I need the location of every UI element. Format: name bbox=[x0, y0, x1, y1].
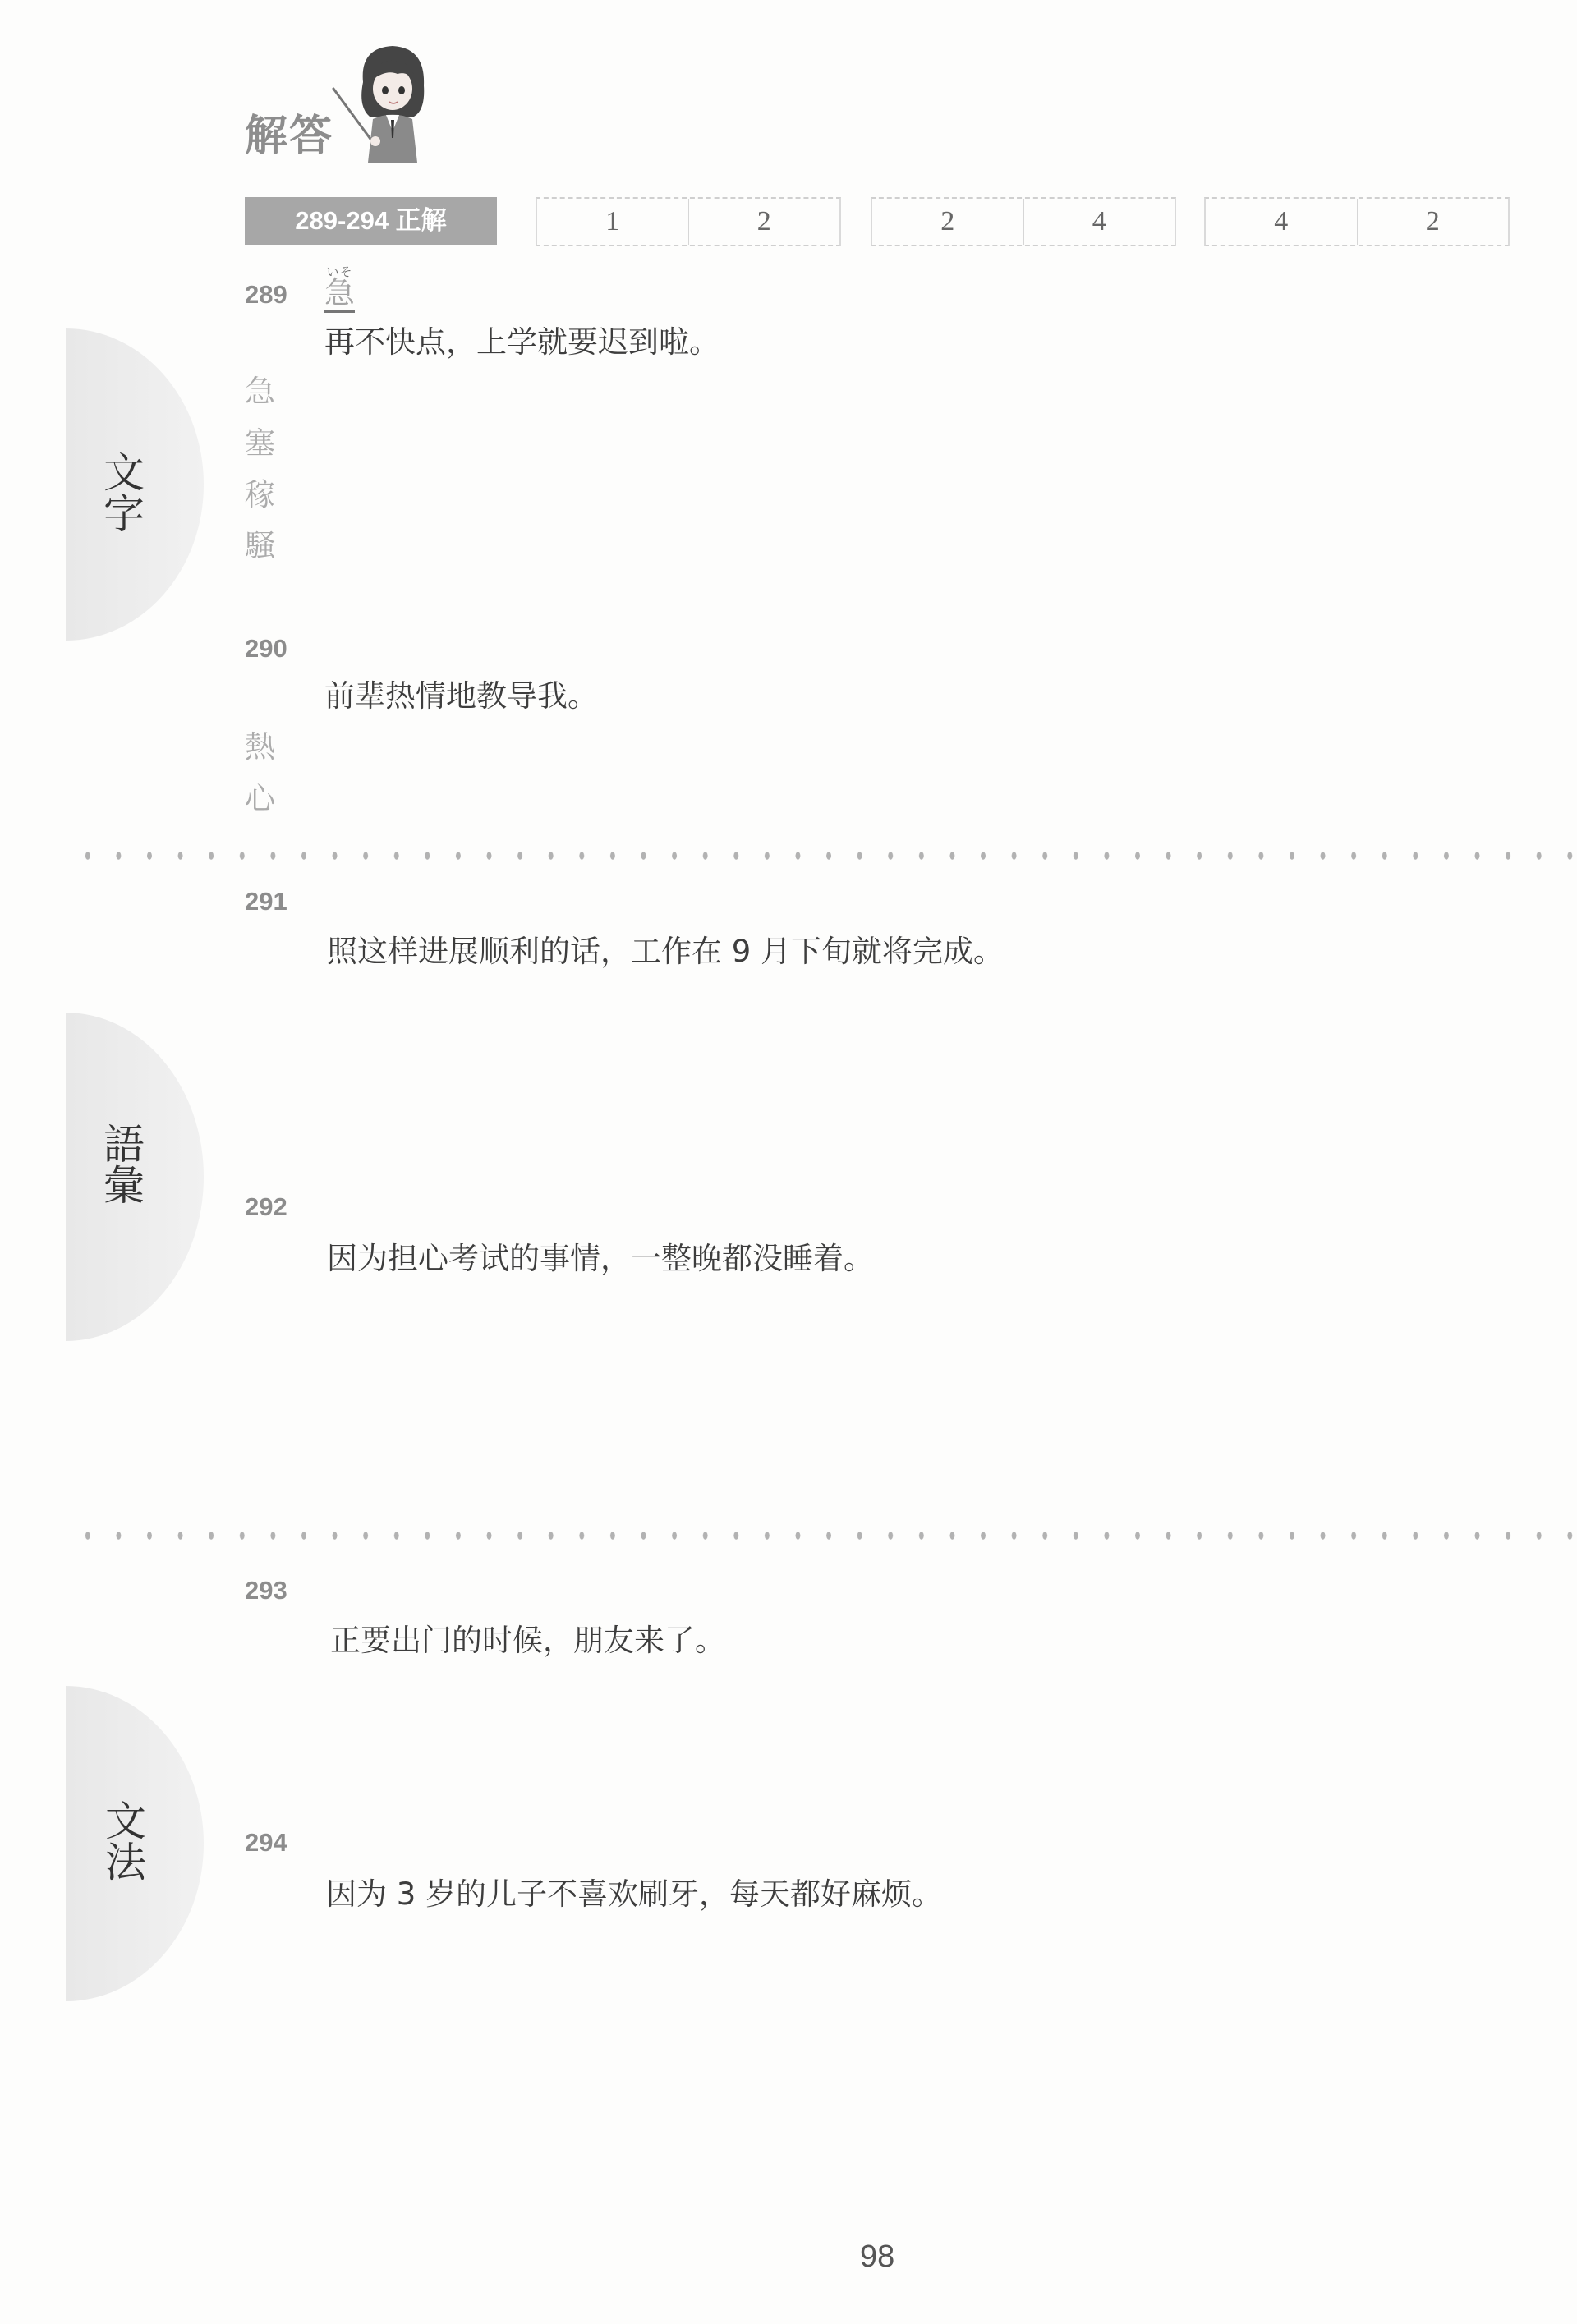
ruby-base: 急 bbox=[324, 275, 355, 310]
question-sentence: 急いそ bbox=[324, 275, 355, 311]
ruby-word: 急いそ bbox=[324, 275, 355, 311]
grammar-row bbox=[0, 1976, 1577, 2012]
vocab-row bbox=[0, 1389, 1577, 1425]
question-number: 289 bbox=[245, 277, 287, 313]
kanji-label: 心 bbox=[245, 781, 275, 817]
grammar-row-continued bbox=[0, 1722, 1577, 1758]
grammar-row bbox=[0, 1926, 1577, 1962]
translation-line: 照这样进展顺利的话，工作在 9 月下旬就将完成。 bbox=[0, 934, 1577, 970]
answer-cell-290: 2 bbox=[688, 199, 840, 245]
vocab-row bbox=[0, 1088, 1577, 1124]
question-number: 290 bbox=[245, 631, 287, 667]
translation-line: 正要出门的时候，朋友来了。 bbox=[0, 1623, 1577, 1659]
grammar-row bbox=[0, 1670, 1577, 1706]
vocab-row bbox=[0, 1288, 1577, 1325]
answer-cell-289: 1 bbox=[537, 199, 688, 245]
vocab-row bbox=[0, 1440, 1577, 1476]
question-sentence-line: 293 bbox=[0, 1571, 1577, 1607]
question-sentence-line: 289 急いそ bbox=[0, 275, 1577, 311]
answer-group-293-294: 4 2 bbox=[1204, 197, 1510, 246]
translation-line: 因为 3 岁的儿子不喜欢刷牙，每天都好麻烦。 bbox=[0, 1876, 1577, 1913]
question-sentence-line: 292 bbox=[0, 1187, 1577, 1224]
translation-text: 前辈热情地教导我。 bbox=[324, 678, 598, 714]
answer-range-label: 289-294 正解 bbox=[245, 197, 497, 245]
question-number: 292 bbox=[245, 1189, 287, 1225]
kanji-label: 急 bbox=[245, 374, 275, 410]
question-number: 293 bbox=[245, 1573, 287, 1609]
kanji-row: 急 bbox=[0, 374, 1577, 410]
grammar-row bbox=[0, 2026, 1577, 2062]
kanji-label: 稼 bbox=[245, 477, 275, 513]
furigana: いそ bbox=[326, 266, 352, 278]
kanji-row: 熱 bbox=[0, 729, 1577, 765]
page-number: 98 bbox=[860, 2239, 894, 2275]
vocab-row bbox=[0, 1036, 1577, 1072]
answer-group-289-290: 1 2 bbox=[536, 197, 841, 246]
translation-text: 正要出门的时候，朋友来了。 bbox=[330, 1623, 725, 1659]
page-title: 解答 bbox=[245, 112, 333, 161]
translation-line: 因为担心考试的事情，一整晚都没睡着。 bbox=[0, 1241, 1577, 1277]
kanji-label: 熱 bbox=[245, 729, 275, 765]
kanji-row: 騒 bbox=[0, 528, 1577, 564]
kanji-label: 塞 bbox=[245, 425, 275, 462]
translation-line: 前辈热情地教导我。 bbox=[0, 678, 1577, 714]
answer-cell-291: 2 bbox=[872, 199, 1023, 245]
translation-text: 再不快点，上学就要迟到啦。 bbox=[324, 324, 720, 361]
translation-text: 因为担心考试的事情，一整晚都没睡着。 bbox=[327, 1241, 874, 1277]
kanji-label: 騒 bbox=[245, 528, 275, 564]
dotted-divider bbox=[72, 851, 1577, 861]
translation-text: 照这样进展顺利的话，工作在 9 月下旬就将完成。 bbox=[327, 934, 1004, 970]
teacher-girl-illustration-icon bbox=[327, 39, 435, 164]
translation-line: 再不快点，上学就要迟到啦。 bbox=[0, 324, 1577, 361]
answer-cell-292: 4 bbox=[1023, 199, 1175, 245]
answer-group-291-292: 2 4 bbox=[871, 197, 1176, 246]
answer-cell-293: 4 bbox=[1206, 199, 1357, 245]
answer-cell-294: 2 bbox=[1357, 199, 1509, 245]
question-number: 294 bbox=[245, 1825, 287, 1861]
question-sentence-line: 294 bbox=[0, 1823, 1577, 1859]
question-sentence-line: 291 bbox=[0, 882, 1577, 918]
question-number: 291 bbox=[245, 884, 287, 920]
vocab-row bbox=[0, 985, 1577, 1022]
vocab-row bbox=[0, 1339, 1577, 1375]
grammar-row bbox=[0, 2078, 1577, 2114]
kanji-row: 稼 bbox=[0, 477, 1577, 513]
translation-text: 因为 3 岁的儿子不喜欢刷牙，每天都好麻烦。 bbox=[326, 1876, 942, 1913]
question-sentence-line: 290 bbox=[0, 629, 1577, 665]
kanji-row: 心 bbox=[0, 781, 1577, 817]
dotted-divider bbox=[72, 1531, 1577, 1541]
kanji-row: 塞 bbox=[0, 425, 1577, 462]
